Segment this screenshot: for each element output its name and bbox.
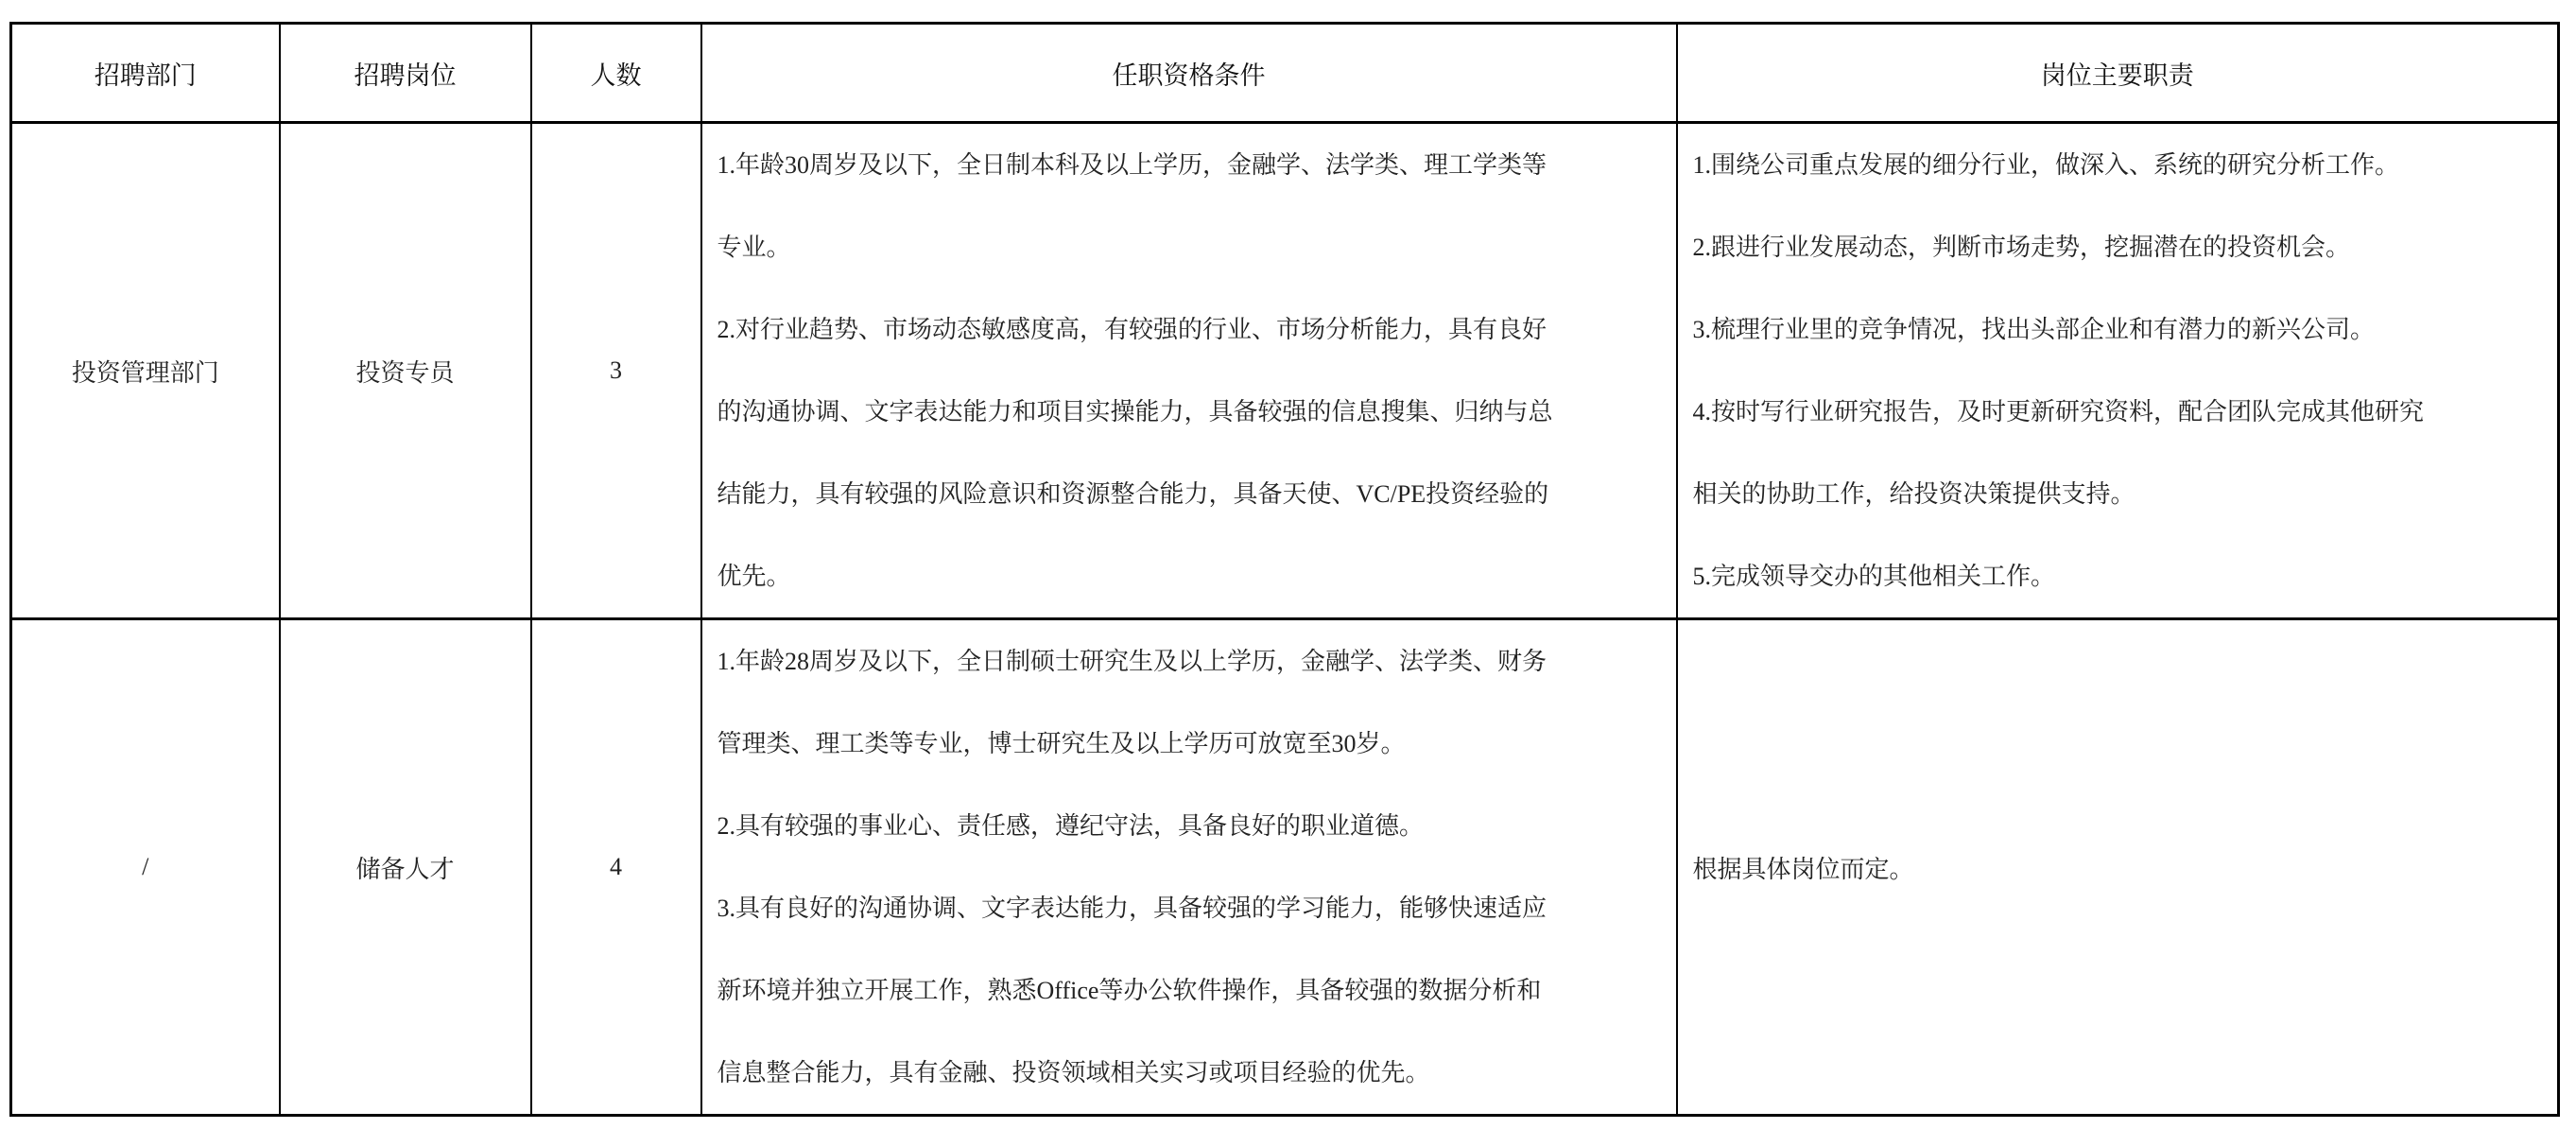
cell-department: /: [11, 619, 280, 1116]
recruitment-table: 招聘部门 招聘岗位 人数 任职资格条件 岗位主要职责 投资管理部门 投资专员 3…: [9, 22, 2560, 1117]
qualification-line: 的沟通协调、文字表达能力和项目实操能力，具备较强的信息搜集、归纳与总: [717, 371, 1668, 453]
duty-line: 相关的协助工作，给投资决策提供支持。: [1693, 453, 2550, 535]
qualification-line: 结能力，具有较强的风险意识和资源整合能力，具备天使、VC/PE投资经验的: [717, 453, 1668, 535]
qualification-line: 2.具有较强的事业心、责任感，遵纪守法，具备良好的职业道德。: [717, 785, 1668, 867]
header-department: 招聘部门: [11, 24, 280, 123]
header-qualifications: 任职资格条件: [701, 24, 1677, 123]
qualification-line: 2.对行业趋势、市场动态敏感度高，有较强的行业、市场分析能力，具有良好: [717, 288, 1668, 371]
duty-line: 4.按时写行业研究报告，及时更新研究资料，配合团队完成其他研究: [1693, 371, 2550, 453]
qualification-line: 1.年龄28周岁及以下，全日制硕士研究生及以上学历，金融学、法学类、财务: [717, 620, 1668, 703]
cell-position: 储备人才: [280, 619, 531, 1116]
cell-count: 3: [531, 123, 701, 619]
duty-line: 1.围绕公司重点发展的细分行业，做深入、系统的研究分析工作。: [1693, 124, 2550, 206]
cell-count: 4: [531, 619, 701, 1116]
qualification-line: 优先。: [717, 535, 1668, 617]
duty-line: 5.完成领导交办的其他相关工作。: [1693, 535, 2550, 617]
table-header-row: 招聘部门 招聘岗位 人数 任职资格条件 岗位主要职责: [11, 24, 2559, 123]
qualification-line: 专业。: [717, 206, 1668, 288]
header-count: 人数: [531, 24, 701, 123]
cell-duties: 1.围绕公司重点发展的细分行业，做深入、系统的研究分析工作。 2.跟进行业发展动…: [1677, 123, 2559, 619]
qualification-line: 1.年龄30周岁及以下，全日制本科及以上学历，金融学、法学类、理工学类等: [717, 124, 1668, 206]
duty-line: 2.跟进行业发展动态，判断市场走势，挖掘潜在的投资机会。: [1693, 206, 2550, 288]
qualification-line: 新环境并独立开展工作，熟悉Office等办公软件操作，具备较强的数据分析和: [717, 949, 1668, 1032]
cell-qualifications: 1.年龄28周岁及以下，全日制硕士研究生及以上学历，金融学、法学类、财务 管理类…: [701, 619, 1677, 1116]
table-row: / 储备人才 4 1.年龄28周岁及以下，全日制硕士研究生及以上学历，金融学、法…: [11, 619, 2559, 1116]
duty-line: 3.梳理行业里的竞争情况，找出头部企业和有潜力的新兴公司。: [1693, 288, 2550, 371]
cell-department: 投资管理部门: [11, 123, 280, 619]
cell-position: 投资专员: [280, 123, 531, 619]
qualification-line: 3.具有良好的沟通协调、文字表达能力，具备较强的学习能力，能够快速适应: [717, 867, 1668, 949]
qualification-line: 管理类、理工类等专业，博士研究生及以上学历可放宽至30岁。: [717, 703, 1668, 785]
cell-qualifications: 1.年龄30周岁及以下，全日制本科及以上学历，金融学、法学类、理工学类等 专业。…: [701, 123, 1677, 619]
header-duties: 岗位主要职责: [1677, 24, 2559, 123]
header-position: 招聘岗位: [280, 24, 531, 123]
table-row: 投资管理部门 投资专员 3 1.年龄30周岁及以下，全日制本科及以上学历，金融学…: [11, 123, 2559, 619]
qualification-line: 信息整合能力，具有金融、投资领域相关实习或项目经验的优先。: [717, 1032, 1668, 1114]
cell-duties: 根据具体岗位而定。: [1677, 619, 2559, 1116]
